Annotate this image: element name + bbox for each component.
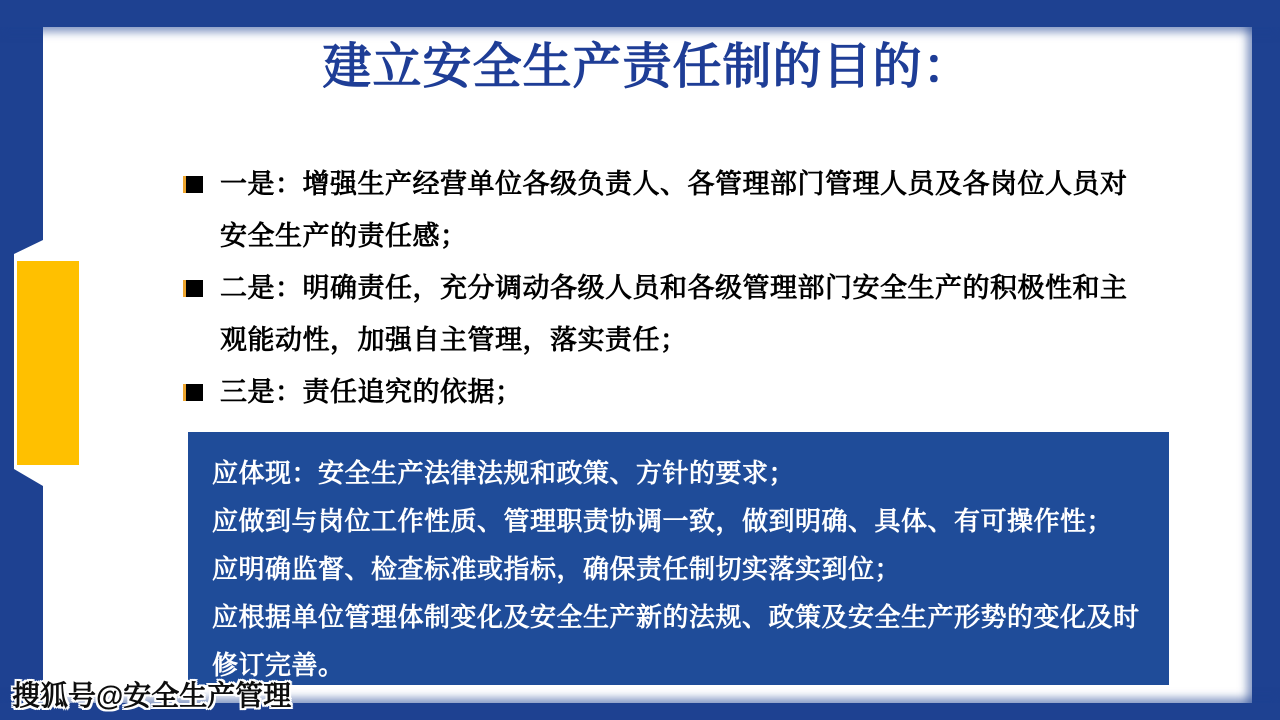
bullet-item-3: 三是：责任追究的依据； bbox=[183, 366, 1143, 418]
slide-title: 建立安全生产责任制的目的： bbox=[43, 38, 1252, 98]
bullet-item-2: 二是：明确责任，充分调动各级人员和各级管理部门安全生产的积极性和主观能动性，加强… bbox=[183, 262, 1143, 366]
bullet-item-1: 一是：增强生产经营单位各级负责人、各管理部门管理人员及各岗位人员对安全生产的责任… bbox=[183, 158, 1143, 262]
panel-line-4: 应根据单位管理体制变化及安全生产新的法规、政策及安全生产形势的变化及时 bbox=[212, 593, 1149, 641]
square-bullet-icon bbox=[183, 280, 203, 297]
presentation-slide: 建立安全生产责任制的目的： 一是：增强生产经营单位各级负责人、各管理部门管理人员… bbox=[0, 0, 1280, 720]
bullet-text: 二是：明确责任，充分调动各级人员和各级管理部门安全生产的积极性和主观能动性，加强… bbox=[220, 262, 1140, 366]
square-bullet-icon bbox=[183, 176, 203, 193]
panel-line-1: 应体现：安全生产法律法规和政策、方针的要求； bbox=[212, 449, 1149, 497]
bullet-list: 一是：增强生产经营单位各级负责人、各管理部门管理人员及各岗位人员对安全生产的责任… bbox=[183, 158, 1143, 418]
bullet-text: 一是：增强生产经营单位各级负责人、各管理部门管理人员及各岗位人员对安全生产的责任… bbox=[220, 158, 1140, 262]
requirements-panel: 应体现：安全生产法律法规和政策、方针的要求； 应做到与岗位工作性质、管理职责协调… bbox=[188, 432, 1169, 685]
square-bullet-icon bbox=[183, 384, 203, 401]
bullet-text: 三是：责任追究的依据； bbox=[220, 366, 1140, 418]
top-border bbox=[0, 0, 1280, 27]
right-border bbox=[1252, 0, 1280, 720]
panel-line-5: 修订完善。 bbox=[212, 641, 1149, 689]
panel-line-3: 应明确监督、检查标准或指标，确保责任制切实落实到位； bbox=[212, 545, 1149, 593]
watermark: 搜狐号@安全生产管理 bbox=[12, 674, 291, 714]
yellow-accent-tab bbox=[17, 261, 79, 465]
panel-line-2: 应做到与岗位工作性质、管理职责协调一致，做到明确、具体、有可操作性； bbox=[212, 497, 1149, 545]
